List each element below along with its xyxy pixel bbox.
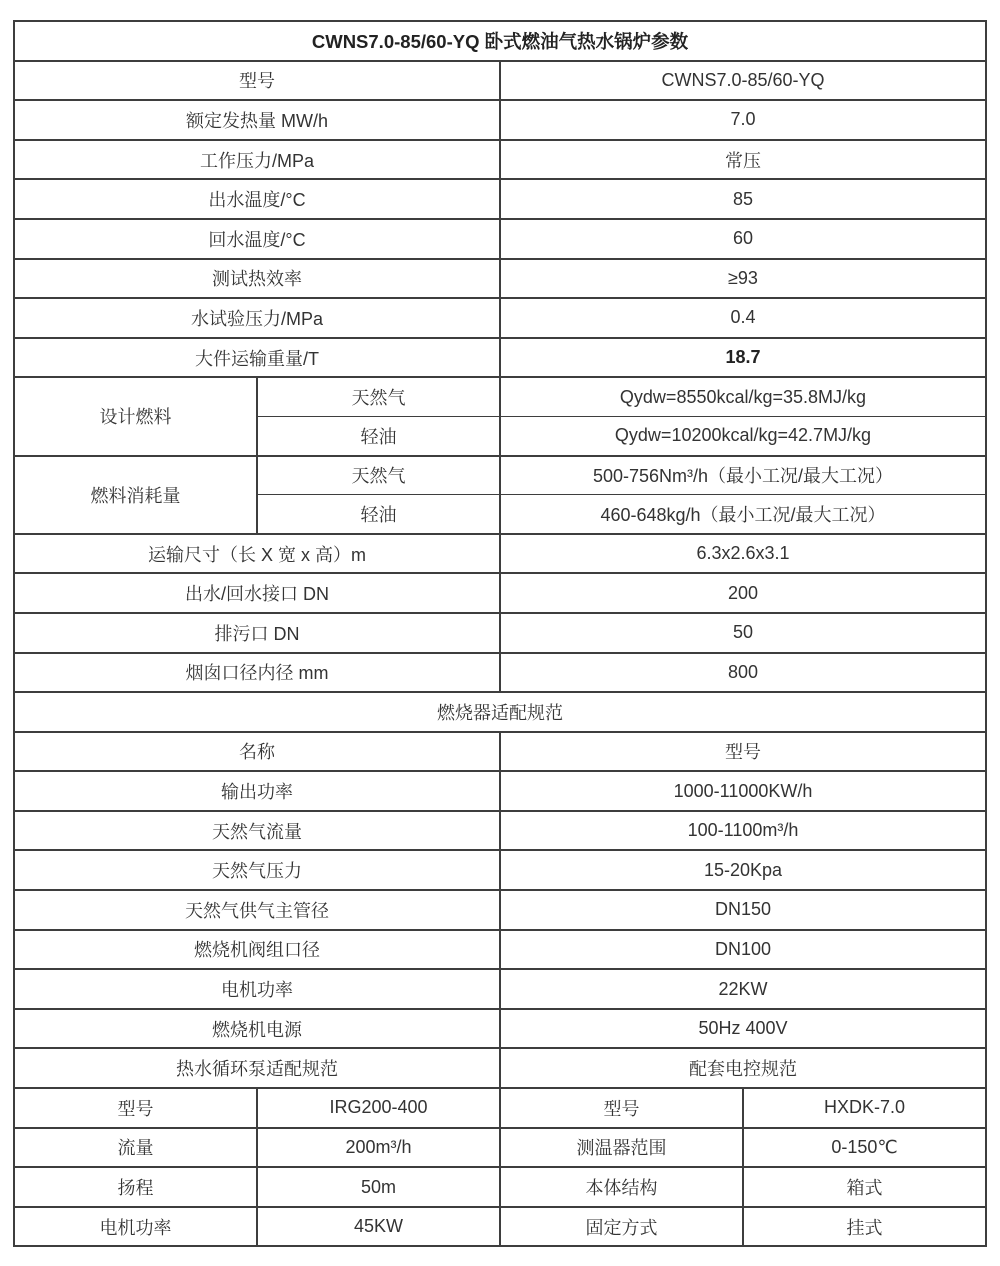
spec-value: DN150 — [500, 890, 986, 930]
page-title: CWNS7.0-85/60-YQ 卧式燃油气热水锅炉参数 — [14, 21, 986, 61]
pump-spec-label: 扬程 — [14, 1167, 257, 1207]
spec-value: 0.4 — [500, 298, 986, 338]
spec-label: 燃烧机电源 — [14, 1009, 500, 1049]
spec-label: 测试热效率 — [14, 259, 500, 299]
fuel-value: Qydw=10200kcal/kg=42.7MJ/kg — [500, 416, 986, 455]
table-row: 天然气供气主管径 DN150 — [14, 890, 986, 930]
fuel-type-label: 天然气 — [257, 456, 500, 495]
spec-value: 22KW — [500, 969, 986, 1009]
pump-spec-label: 型号 — [14, 1088, 257, 1128]
fuel-type-label: 天然气 — [257, 377, 500, 416]
table-row: 烟囱口径内径 mm 800 — [14, 653, 986, 693]
fuel-group-label: 燃料消耗量 — [14, 456, 257, 534]
spec-value: 常压 — [500, 140, 986, 180]
table-row: 水试验压力/MPa 0.4 — [14, 298, 986, 338]
control-spec-value: 箱式 — [743, 1167, 986, 1207]
table-row: 出水/回水接口 DN 200 — [14, 573, 986, 613]
section-header-row: 热水循环泵适配规范 配套电控规范 — [14, 1048, 986, 1088]
table-row: 电机功率 45KW 固定方式 挂式 — [14, 1207, 986, 1247]
table-row: 额定发热量 MW/h 7.0 — [14, 100, 986, 140]
table-row: 大件运输重量/T 18.7 — [14, 338, 986, 378]
table-row: 扬程 50m 本体结构 箱式 — [14, 1167, 986, 1207]
table-row: 工作压力/MPa 常压 — [14, 140, 986, 180]
spec-value: ≥93 — [500, 259, 986, 299]
spec-label: 名称 — [14, 732, 500, 772]
spec-value: 6.3x2.6x3.1 — [500, 534, 986, 574]
spec-value: 50 — [500, 613, 986, 653]
control-spec-value: 挂式 — [743, 1207, 986, 1247]
spec-label: 回水温度/°C — [14, 219, 500, 259]
pump-spec-value: 45KW — [257, 1207, 500, 1247]
table-row: 设计燃料 天然气 Qydw=8550kcal/kg=35.8MJ/kg — [14, 377, 986, 416]
control-spec-value: HXDK-7.0 — [743, 1088, 986, 1128]
table-row: 回水温度/°C 60 — [14, 219, 986, 259]
table-row: 燃烧机电源 50Hz 400V — [14, 1009, 986, 1049]
table-title-row: CWNS7.0-85/60-YQ 卧式燃油气热水锅炉参数 — [14, 21, 986, 61]
control-spec-label: 型号 — [500, 1088, 743, 1128]
spec-value: 85 — [500, 179, 986, 219]
spec-value: 1000-11000KW/h — [500, 771, 986, 811]
spec-value: 800 — [500, 653, 986, 693]
table-row: 名称 型号 — [14, 732, 986, 772]
pump-spec-value: 50m — [257, 1167, 500, 1207]
spec-label: 天然气压力 — [14, 850, 500, 890]
control-spec-label: 本体结构 — [500, 1167, 743, 1207]
table-row: 电机功率 22KW — [14, 969, 986, 1009]
burner-section-header: 燃烧器适配规范 — [14, 692, 986, 732]
table-row: 排污口 DN 50 — [14, 613, 986, 653]
spec-value: CWNS7.0-85/60-YQ — [500, 61, 986, 101]
table-row: 输出功率 1000-11000KW/h — [14, 771, 986, 811]
table-row: 运输尺寸（长 X 宽 x 高）m 6.3x2.6x3.1 — [14, 534, 986, 574]
pump-spec-label: 电机功率 — [14, 1207, 257, 1247]
spec-label: 输出功率 — [14, 771, 500, 811]
spec-label: 电机功率 — [14, 969, 500, 1009]
spec-value: 100-1100m³/h — [500, 811, 986, 851]
table-row: 测试热效率 ≥93 — [14, 259, 986, 299]
spec-label: 天然气供气主管径 — [14, 890, 500, 930]
spec-value: 15-20Kpa — [500, 850, 986, 890]
fuel-value: Qydw=8550kcal/kg=35.8MJ/kg — [500, 377, 986, 416]
spec-label: 燃烧机阀组口径 — [14, 930, 500, 970]
spec-label: 天然气流量 — [14, 811, 500, 851]
boiler-spec-table: CWNS7.0-85/60-YQ 卧式燃油气热水锅炉参数 型号 CWNS7.0-… — [13, 20, 987, 1247]
spec-label: 运输尺寸（长 X 宽 x 高）m — [14, 534, 500, 574]
control-spec-label: 测温器范围 — [500, 1128, 743, 1168]
spec-value: 60 — [500, 219, 986, 259]
control-spec-value: 0-150℃ — [743, 1128, 986, 1168]
spec-label: 出水温度/°C — [14, 179, 500, 219]
spec-value: 50Hz 400V — [500, 1009, 986, 1049]
control-spec-label: 固定方式 — [500, 1207, 743, 1247]
pump-spec-label: 流量 — [14, 1128, 257, 1168]
fuel-value: 500-756Nm³/h（最小工况/最大工况） — [500, 456, 986, 495]
spec-label: 烟囱口径内径 mm — [14, 653, 500, 693]
fuel-type-label: 轻油 — [257, 416, 500, 455]
pump-section-header: 热水循环泵适配规范 — [14, 1048, 500, 1088]
fuel-type-label: 轻油 — [257, 495, 500, 534]
table-row: 燃料消耗量 天然气 500-756Nm³/h（最小工况/最大工况） — [14, 456, 986, 495]
spec-label: 出水/回水接口 DN — [14, 573, 500, 613]
section-header-row: 燃烧器适配规范 — [14, 692, 986, 732]
pump-spec-value: 200m³/h — [257, 1128, 500, 1168]
table-row: 型号 CWNS7.0-85/60-YQ — [14, 61, 986, 101]
spec-label: 排污口 DN — [14, 613, 500, 653]
spec-label: 额定发热量 MW/h — [14, 100, 500, 140]
spec-label: 工作压力/MPa — [14, 140, 500, 180]
spec-value: 7.0 — [500, 100, 986, 140]
table-row: 天然气压力 15-20Kpa — [14, 850, 986, 890]
table-row: 出水温度/°C 85 — [14, 179, 986, 219]
table-row: 燃烧机阀组口径 DN100 — [14, 930, 986, 970]
spec-label: 大件运输重量/T — [14, 338, 500, 378]
spec-value: 18.7 — [500, 338, 986, 378]
table-row: 流量 200m³/h 测温器范围 0-150℃ — [14, 1128, 986, 1168]
control-section-header: 配套电控规范 — [500, 1048, 986, 1088]
table-row: 天然气流量 100-1100m³/h — [14, 811, 986, 851]
spec-label: 型号 — [14, 61, 500, 101]
table-row: 型号 IRG200-400 型号 HXDK-7.0 — [14, 1088, 986, 1128]
fuel-value: 460-648kg/h（最小工况/最大工况） — [500, 495, 986, 534]
spec-label: 水试验压力/MPa — [14, 298, 500, 338]
spec-value: DN100 — [500, 930, 986, 970]
spec-value: 型号 — [500, 732, 986, 772]
spec-value: 200 — [500, 573, 986, 613]
fuel-group-label: 设计燃料 — [14, 377, 257, 455]
pump-spec-value: IRG200-400 — [257, 1088, 500, 1128]
